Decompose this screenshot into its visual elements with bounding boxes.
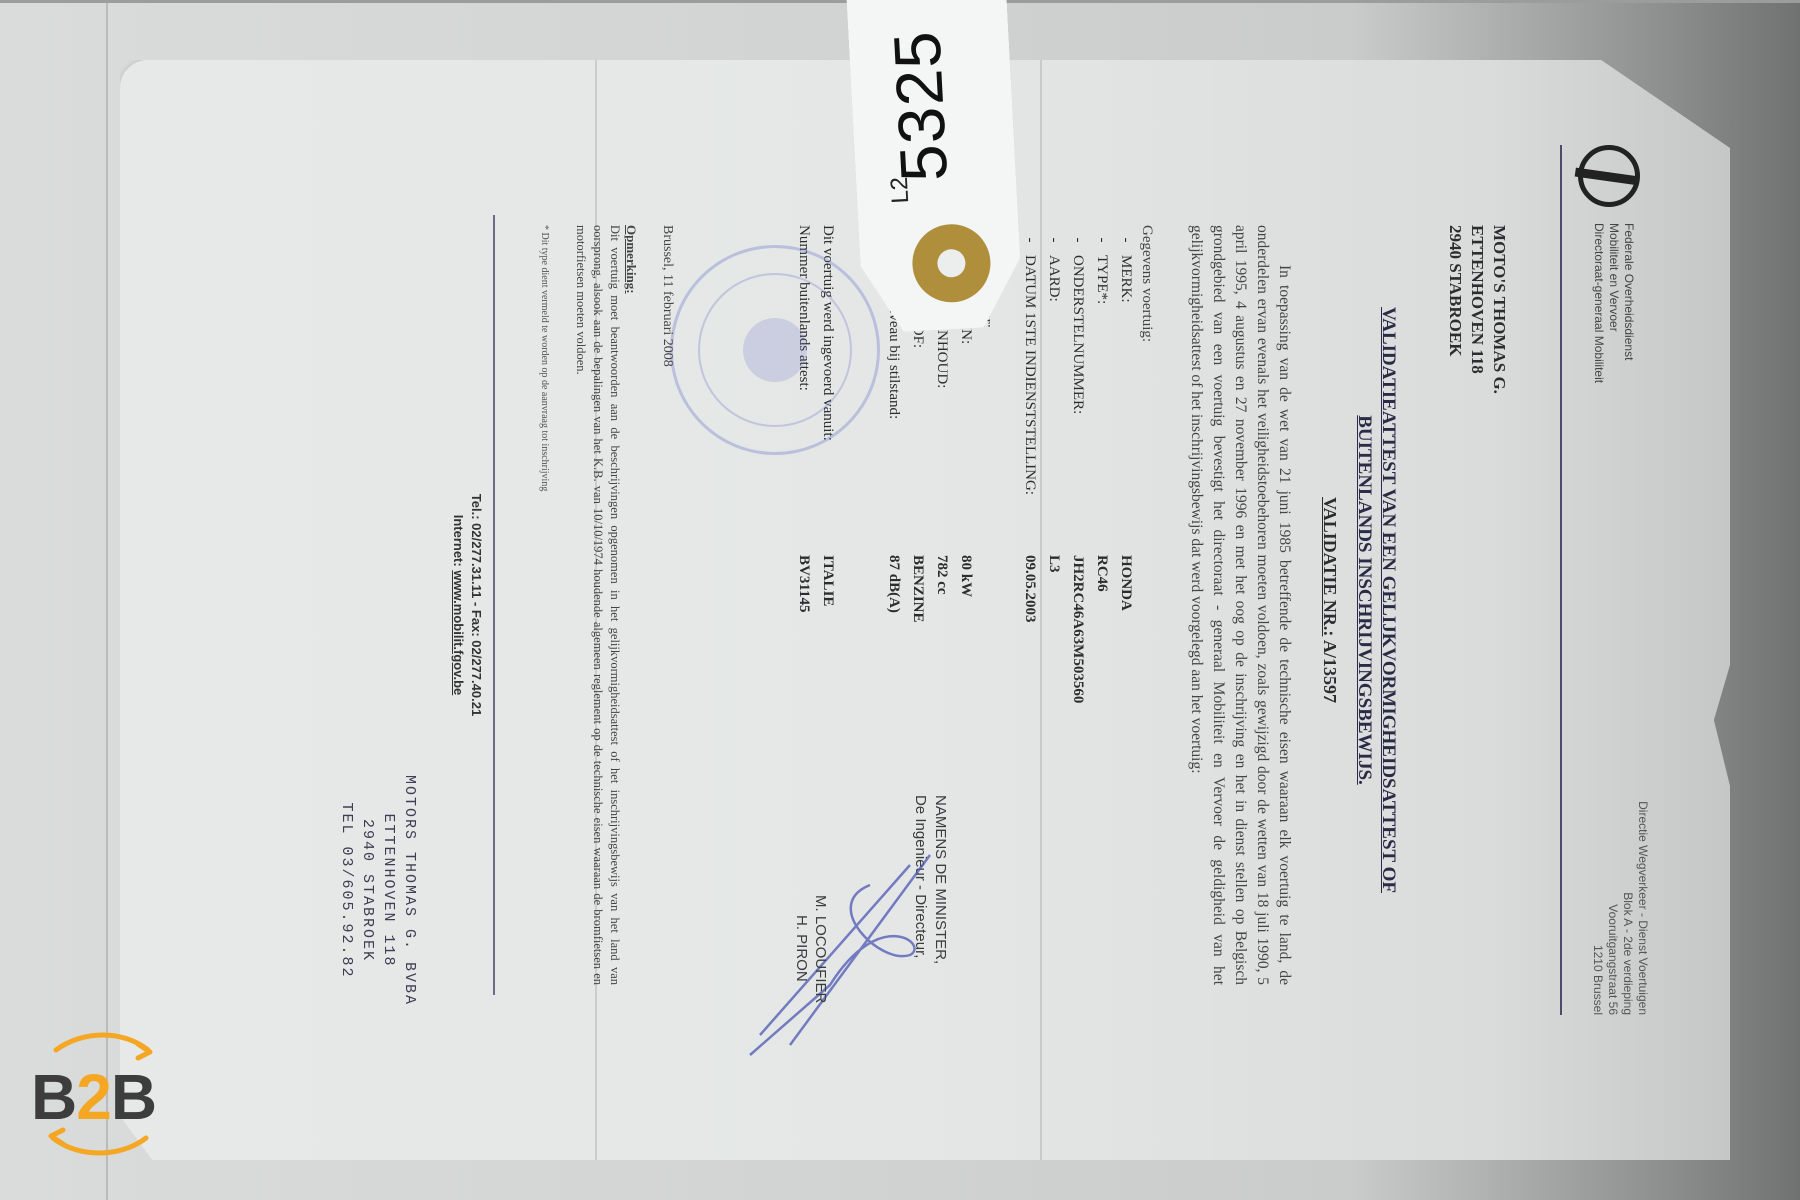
tag-eyelet-icon — [910, 222, 992, 304]
remark-section: Opmerking: Dit voertuig moet beantwoorde… — [572, 225, 640, 985]
inventory-tag: 5325 L2 — [846, 0, 1024, 334]
website-link[interactable]: www.mobilit.fgov.be — [451, 570, 466, 695]
tag-number: 5325 — [878, 29, 962, 184]
b2b-wordmark: B2B — [31, 1060, 156, 1134]
vehicle-field-row: -DATUM 1STE INDIENSTSTELLING:09.05.2003 — [1018, 225, 1042, 985]
place-and-date: Brussel, 11 februari 2008 — [659, 225, 675, 367]
document-title: VALIDATIEATTEST VAN EEN GELIJKVORMIGHEID… — [1352, 225, 1400, 975]
engine-heading: Gegevens motor: — [978, 225, 995, 985]
b2b-logo: B2B — [28, 1030, 173, 1160]
ministry-name: Federale Overheidsdienst Mobiliteit en V… — [1591, 223, 1636, 383]
footer-rule — [493, 215, 495, 995]
vehicle-field-row: -MERK:HONDA — [1114, 225, 1138, 985]
department-address: Directie Wegverkeer - Dienst Voertuigen … — [1590, 801, 1650, 1015]
vehicle-data: Gegevens voertuig: -MERK:HONDA -TYPE*:RC… — [1018, 225, 1155, 985]
background-crease — [106, 0, 108, 1200]
addressee-block: MOTO'S THOMAS G. ETTENHOVEN 118 2940 STA… — [1444, 225, 1510, 394]
vehicle-field-row: -TYPE*:RC46 — [1090, 225, 1114, 985]
signer-names: M. LOCOUFIER H. PIRON — [792, 895, 830, 1003]
letterhead-rule — [1560, 145, 1562, 1015]
vehicle-heading: Gegevens voertuig: — [1138, 225, 1155, 985]
official-stamp — [670, 245, 880, 455]
validation-number: VALIDATIE NR.: A/13597 — [1319, 225, 1340, 975]
handwritten-signature — [740, 845, 940, 1065]
footer-contact: Tel.: 02/277.31.11 - Fax: 02/277.40.21 I… — [449, 215, 485, 995]
dealer-stamp: MOTORS THOMAS G. BVBA ETTENHOVEN 118 294… — [336, 775, 420, 1006]
tag-code: L2 — [886, 176, 915, 204]
intro-paragraph: In toepassing van de wet van 21 juni 198… — [1185, 225, 1295, 985]
footnote: * Dit type dient vermeld te worden op de… — [539, 225, 550, 491]
vehicle-field-row: -ONDERSTELNUMMER:JH2RC46A63M503560 — [1066, 225, 1090, 985]
vehicle-field-row: -AARD:L3 — [1042, 225, 1066, 985]
engine-field-row: -VERMOGEN:80 kW — [954, 225, 978, 985]
ministry-logo-icon — [1578, 145, 1640, 207]
